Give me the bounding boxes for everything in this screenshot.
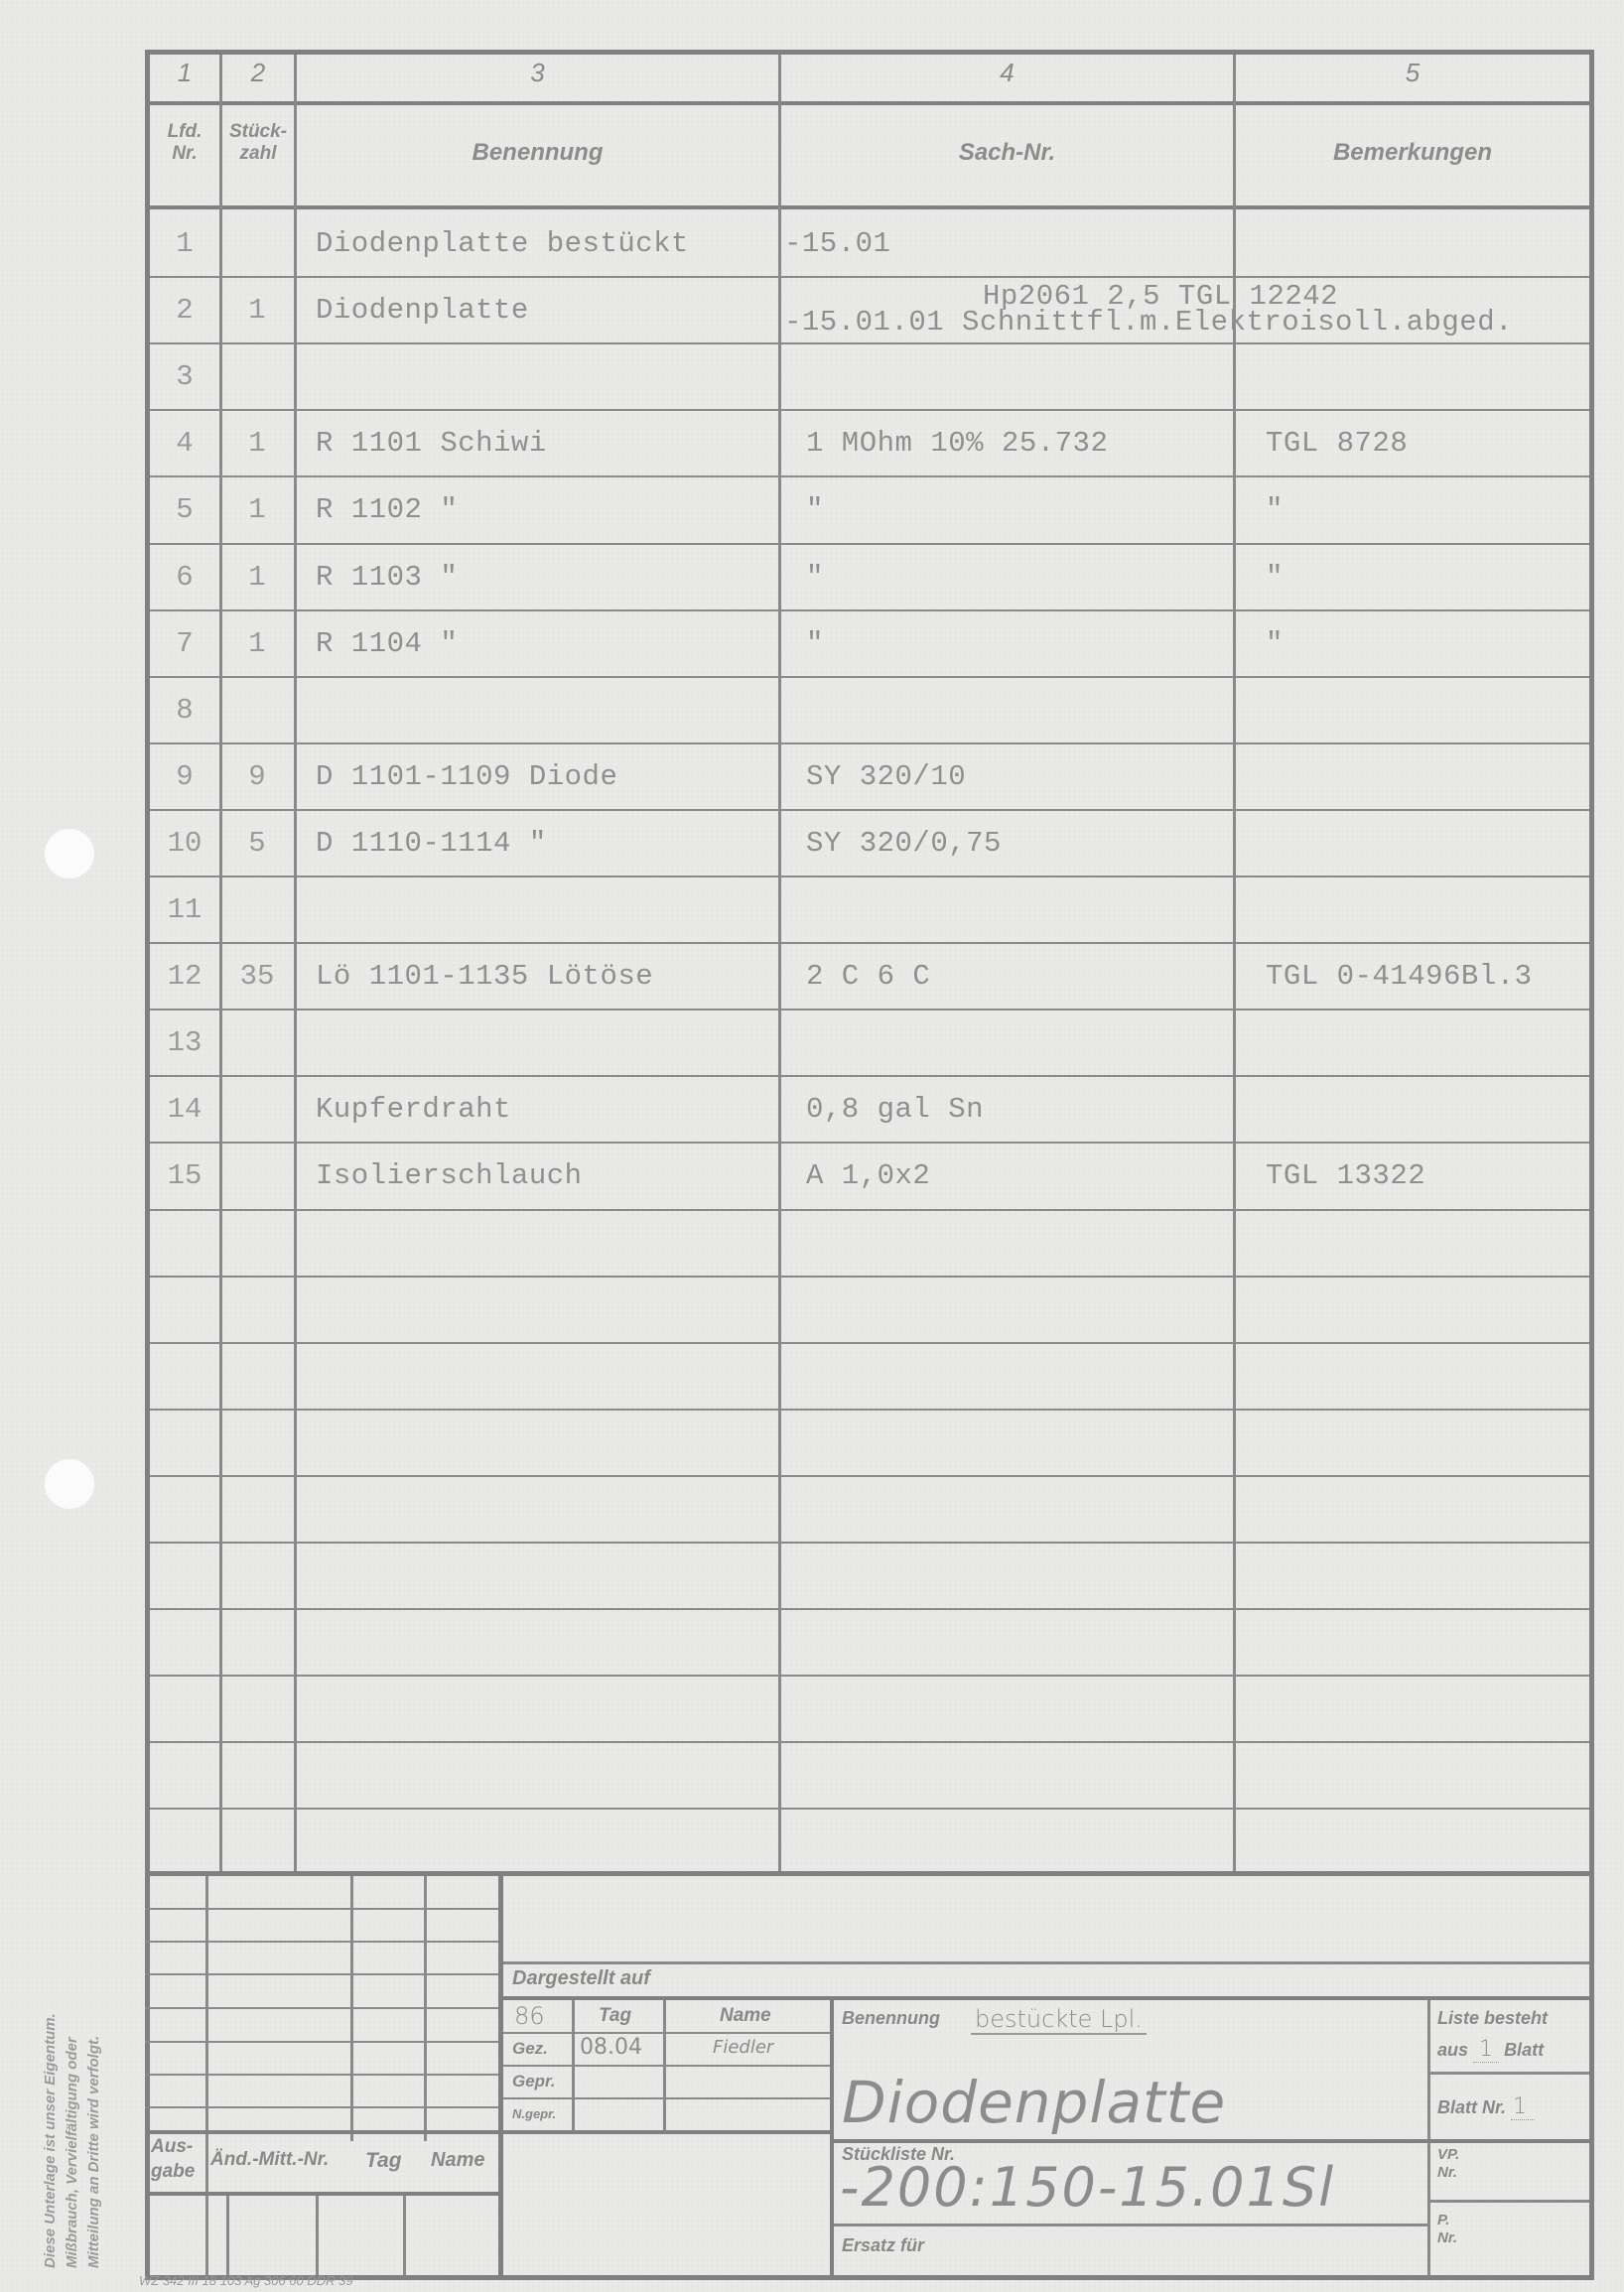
row-number: 10 — [150, 827, 219, 860]
side-notice-line-2: Mißbrauch, Vervielfältigung oder — [62, 2013, 83, 2268]
row-divider — [150, 342, 219, 344]
row-divider — [1236, 609, 1589, 611]
row-name: R 1103 " — [316, 561, 458, 594]
stueck-label-2: zahl — [222, 143, 294, 165]
row-sach-nr: " — [806, 493, 824, 526]
gepr-label: Gepr. — [512, 2072, 555, 2091]
row-number: 15 — [150, 1159, 219, 1192]
row-quantity: 1 — [222, 294, 292, 327]
row-divider — [1236, 942, 1589, 944]
row-name: Diodenplatte bestückt — [316, 227, 689, 260]
row-name: Diodenplatte — [316, 294, 529, 327]
row-quantity: 1 — [222, 493, 292, 526]
name-label: Name — [720, 2005, 771, 2027]
row-divider — [150, 1741, 219, 1743]
row-divider — [781, 742, 1233, 744]
lfd-label-2: Nr. — [150, 143, 219, 165]
row-number: 14 — [150, 1093, 219, 1126]
row-divider — [222, 1475, 294, 1477]
blatt-sep-line — [1430, 2072, 1589, 2075]
row-divider — [1236, 475, 1589, 477]
gez-bottom-line — [503, 2130, 830, 2134]
row-number: 4 — [150, 427, 219, 460]
n-gepr-label: N.gepr. — [512, 2106, 556, 2121]
table-bottom-border — [145, 1871, 1594, 1876]
row-divider — [297, 342, 778, 344]
row-divider — [781, 409, 1233, 411]
aend-mitt-nr-label: Änd.-Mitt.-Nr. — [210, 2149, 329, 2171]
row-divider — [781, 1142, 1233, 1144]
row-divider — [150, 1475, 219, 1477]
col-number-2: 2 — [222, 58, 294, 88]
gez-tag-value: 08.04 — [580, 2035, 642, 2060]
row-name: D 1110-1114 " — [316, 827, 547, 860]
row-divider — [150, 1009, 219, 1011]
rev-col-sep-1 — [205, 1876, 208, 2278]
row-sach-nr: 0,8 gal Sn — [806, 1093, 984, 1126]
row-sach-nr: SY 320/10 — [806, 760, 966, 793]
row-divider — [150, 1608, 219, 1610]
row-divider — [222, 1608, 294, 1610]
row-divider — [297, 1409, 778, 1411]
row-remark: " — [1266, 561, 1583, 594]
row-divider — [222, 1409, 294, 1411]
rev-line — [145, 2074, 498, 2076]
row-remark: " — [1266, 627, 1583, 660]
row-number: 3 — [150, 360, 219, 393]
row-divider — [150, 276, 219, 278]
row-remark: TGL 13322 — [1266, 1159, 1583, 1192]
col-header-sach-nr: Sach-Nr. — [781, 139, 1233, 167]
stueckliste-underline — [834, 2224, 1427, 2226]
header-number-row-border — [145, 101, 1594, 105]
row-divider — [150, 543, 219, 545]
row-divider — [297, 809, 778, 811]
row-divider — [150, 809, 219, 811]
gez-name-signature: Fiedler — [713, 2037, 773, 2058]
col-number-3: 3 — [297, 58, 778, 88]
gez-row-line — [503, 2065, 830, 2067]
row-number: 11 — [150, 893, 219, 926]
aus-blatt-row: aus 1 Blatt — [1437, 2037, 1544, 2062]
row-divider — [222, 342, 294, 344]
rev-line — [145, 1908, 498, 1910]
row-divider — [222, 742, 294, 744]
row-divider — [1236, 409, 1589, 411]
row-number: 8 — [150, 694, 219, 727]
row-divider — [781, 809, 1233, 811]
blatt-nr-row: Blatt Nr. 1 — [1437, 2094, 1535, 2119]
row-name: R 1101 Schiwi — [316, 427, 547, 460]
row-divider — [781, 1009, 1233, 1011]
col-separator-2 — [294, 55, 297, 1873]
row-sach-nr: -15.01 — [784, 227, 890, 260]
row-divider — [1236, 1209, 1589, 1211]
row-divider — [150, 1542, 219, 1544]
row-divider — [781, 543, 1233, 545]
row-divider — [297, 1209, 778, 1211]
row-divider — [297, 1009, 778, 1011]
p-nr-label: P. Nr. — [1437, 2212, 1457, 2247]
row-divider — [1236, 1475, 1589, 1477]
row-divider — [222, 676, 294, 678]
row-name: D 1101-1109 Diode — [316, 760, 617, 793]
lfd-label-1: Lfd. — [150, 121, 219, 143]
row-sach-nr: 1 MOhm 10% 25.732 — [806, 427, 1108, 460]
dargestellt-bottom-line — [503, 1996, 1589, 2000]
stueckliste-nr-value: -200:150-15.01Sl — [840, 2156, 1335, 2219]
row-divider — [297, 676, 778, 678]
row-divider — [781, 1342, 1233, 1344]
row-divider — [781, 1475, 1233, 1477]
row-divider — [1236, 809, 1589, 811]
row-divider — [222, 809, 294, 811]
col-number-1: 1 — [150, 58, 219, 88]
row-divider — [150, 1075, 219, 1077]
row-number: 1 — [150, 227, 219, 260]
row-divider — [150, 609, 219, 611]
row-quantity: 1 — [222, 427, 292, 460]
side-notice-line-3: Mitteilung an Dritte wird verfolgt. — [83, 2013, 105, 2268]
row-remark: TGL 8728 — [1266, 427, 1583, 460]
p-label-2: Nr. — [1437, 2229, 1457, 2247]
gez-row-line — [503, 2032, 830, 2034]
rev-header-bottom — [145, 2192, 498, 2196]
col-separator-3 — [778, 55, 781, 1873]
col-header-stueckzahl: Stück- zahl — [222, 121, 294, 165]
row-divider — [222, 1675, 294, 1677]
row-divider — [1236, 1342, 1589, 1344]
row-divider — [297, 475, 778, 477]
gez-row-line — [503, 2097, 830, 2099]
row-divider — [297, 276, 778, 278]
row-remark: TGL 0-41496Bl.3 — [1266, 960, 1583, 993]
punch-hole-top — [45, 829, 94, 878]
row-divider — [1236, 1142, 1589, 1144]
row-divider — [297, 876, 778, 877]
row-divider — [1236, 676, 1589, 678]
row-divider — [150, 876, 219, 877]
side-notice-line-1: Diese Unterlage ist unser Eigentum. — [40, 2013, 62, 2268]
row-quantity: 5 — [222, 827, 292, 860]
row-divider — [297, 609, 778, 611]
aus-value: 1 — [1473, 2037, 1499, 2063]
row-divider — [1236, 1675, 1589, 1677]
row-sach-nr: SY 320/0,75 — [806, 827, 1002, 860]
row-divider — [150, 676, 219, 678]
row-divider — [781, 1075, 1233, 1077]
blatt-nr-label: Blatt Nr. — [1437, 2097, 1506, 2117]
rev-line — [145, 1973, 498, 1975]
table-right-border — [1589, 55, 1594, 2278]
stueck-label-1: Stück- — [222, 121, 294, 143]
row-divider — [781, 942, 1233, 944]
row-divider — [222, 876, 294, 877]
row-divider — [781, 342, 1233, 344]
row-divider — [1236, 1409, 1589, 1411]
row-divider — [781, 1209, 1233, 1211]
row-divider — [150, 742, 219, 744]
rev-line — [145, 2041, 498, 2043]
punch-hole-bottom — [45, 1459, 94, 1509]
row-number: 12 — [150, 960, 219, 993]
row-quantity: 1 — [222, 561, 292, 594]
title-block-bottom-border — [145, 2275, 1594, 2280]
rev-col-sep-b2 — [316, 2196, 319, 2278]
row-divider — [222, 1276, 294, 1278]
rev-line — [145, 2106, 498, 2108]
row-divider — [781, 475, 1233, 477]
row-divider — [222, 942, 294, 944]
row-name: Lö 1101-1135 Lötöse — [316, 960, 653, 993]
tag-label: Tag — [599, 2005, 631, 2027]
row-quantity: 1 — [222, 627, 292, 660]
side-notice: Diese Unterlage ist unser Eigentum. Mißb… — [40, 2013, 105, 2268]
row-divider — [781, 1808, 1233, 1810]
row-divider — [150, 1142, 219, 1144]
row-divider — [781, 1675, 1233, 1677]
col-number-5: 5 — [1236, 58, 1589, 88]
dargestellt-top-line — [503, 1961, 1589, 1964]
row-sach-nr: " — [806, 627, 824, 660]
row-remark: " — [1266, 493, 1583, 526]
row-divider — [297, 1808, 778, 1810]
row-number: 6 — [150, 561, 219, 594]
row-divider — [1236, 342, 1589, 344]
row-name: Isolierschlauch — [316, 1159, 583, 1192]
row-name: R 1102 " — [316, 493, 458, 526]
row-divider — [222, 1542, 294, 1544]
row-divider — [297, 1075, 778, 1077]
document-title: Diodenplatte — [842, 2069, 1226, 2136]
ausgabe-label: Aus- gabe — [151, 2134, 195, 2184]
row-number: 13 — [150, 1026, 219, 1059]
rev-col-sep-b3 — [403, 2196, 406, 2278]
aend-tag-label: Tag — [365, 2149, 402, 2173]
vp-label-1: VP. — [1437, 2146, 1459, 2164]
row-divider — [1236, 1808, 1589, 1810]
row-divider — [222, 1342, 294, 1344]
row-divider — [781, 1276, 1233, 1278]
vp-p-sep-line — [1430, 2200, 1589, 2203]
row-number: 7 — [150, 627, 219, 660]
row-sach-nr: -15.01.01 Schnittfl.m.Elektroisoll.abged… — [784, 306, 1513, 338]
title-bottom-line — [834, 2139, 1589, 2143]
blatt-label: Blatt — [1504, 2040, 1544, 2060]
row-divider — [1236, 1608, 1589, 1610]
row-divider — [150, 1675, 219, 1677]
aend-name-label: Name — [431, 2149, 484, 2172]
row-divider — [1236, 543, 1589, 545]
row-divider — [1236, 276, 1589, 278]
row-number: 2 — [150, 294, 219, 327]
row-divider — [150, 1342, 219, 1344]
row-sach-nr: A 1,0x2 — [806, 1159, 930, 1192]
row-divider — [150, 1409, 219, 1411]
row-divider — [222, 1209, 294, 1211]
row-name: Kupferdraht — [316, 1093, 511, 1126]
col-header-lfd-nr: Lfd. Nr. — [150, 121, 219, 165]
vp-nr-label: VP. Nr. — [1437, 2146, 1459, 2182]
rev-col-sep-b1 — [226, 2196, 229, 2278]
aus-label: aus — [1437, 2040, 1468, 2060]
row-number: 5 — [150, 493, 219, 526]
row-divider — [1236, 1009, 1589, 1011]
col-header-bemerkungen: Bemerkungen — [1236, 139, 1589, 167]
row-divider — [297, 1741, 778, 1743]
row-divider — [297, 1342, 778, 1344]
rev-header-top — [145, 2130, 498, 2134]
row-sach-nr: " — [806, 561, 824, 594]
row-divider — [297, 543, 778, 545]
p-label-1: P. — [1437, 2212, 1457, 2229]
gez-label: Gez. — [512, 2039, 548, 2059]
row-divider — [297, 1675, 778, 1677]
row-divider — [1236, 876, 1589, 877]
col-number-4: 4 — [781, 58, 1233, 88]
benennung-label: Benennung — [842, 2008, 940, 2029]
row-divider — [781, 609, 1233, 611]
row-divider — [150, 942, 219, 944]
ausgabe-label-2: gabe — [151, 2159, 195, 2184]
row-divider — [222, 409, 294, 411]
row-divider — [222, 1009, 294, 1011]
row-divider — [297, 1475, 778, 1477]
row-divider — [1236, 1542, 1589, 1544]
benennung-value: bestückte Lpl. — [971, 2005, 1147, 2035]
row-divider — [222, 1741, 294, 1743]
col-header-benennung: Benennung — [297, 139, 778, 167]
print-code: WZ 342 III 18 103 Ag 306 60 DDR 39 — [139, 2273, 353, 2288]
year-value: 86 — [514, 2002, 545, 2030]
vp-label-2: Nr. — [1437, 2164, 1459, 2182]
row-divider — [1236, 742, 1589, 744]
row-divider — [1236, 1276, 1589, 1278]
row-divider — [297, 742, 778, 744]
row-divider — [781, 1741, 1233, 1743]
row-divider — [297, 942, 778, 944]
row-divider — [297, 409, 778, 411]
row-divider — [222, 1808, 294, 1810]
row-divider — [781, 1409, 1233, 1411]
liste-besteht-label: Liste besteht — [1437, 2008, 1548, 2029]
row-divider — [781, 276, 1233, 278]
row-quantity: 35 — [222, 960, 292, 993]
row-divider — [222, 609, 294, 611]
row-divider — [781, 1542, 1233, 1544]
dargestellt-auf-label: Dargestellt auf — [512, 1967, 650, 1990]
ausgabe-label-1: Aus- — [151, 2134, 195, 2159]
title-block-divider — [498, 1876, 503, 2278]
row-divider — [1236, 1075, 1589, 1077]
row-divider — [781, 876, 1233, 877]
row-divider — [150, 1276, 219, 1278]
row-divider — [222, 276, 294, 278]
rev-line — [145, 2007, 498, 2009]
row-divider — [150, 475, 219, 477]
row-divider — [150, 409, 219, 411]
row-divider — [297, 1608, 778, 1610]
row-divider — [150, 1209, 219, 1211]
row-divider — [297, 1542, 778, 1544]
header-label-row-border — [145, 205, 1594, 209]
row-divider — [222, 1075, 294, 1077]
row-divider — [297, 1276, 778, 1278]
row-divider — [297, 1142, 778, 1144]
rev-line — [145, 1941, 498, 1943]
row-name: R 1104 " — [316, 627, 458, 660]
blatt-nr-value: 1 — [1511, 2094, 1535, 2120]
table-top-border — [145, 50, 1594, 55]
row-number: 9 — [150, 760, 219, 793]
row-divider — [222, 543, 294, 545]
ersatz-fuer-label: Ersatz für — [842, 2235, 924, 2256]
row-divider — [222, 1142, 294, 1144]
row-quantity: 9 — [222, 760, 292, 793]
row-divider — [222, 475, 294, 477]
row-divider — [150, 1808, 219, 1810]
row-sach-nr: 2 C 6 C — [806, 960, 930, 993]
row-divider — [1236, 1741, 1589, 1743]
row-divider — [781, 676, 1233, 678]
row-divider — [781, 1608, 1233, 1610]
